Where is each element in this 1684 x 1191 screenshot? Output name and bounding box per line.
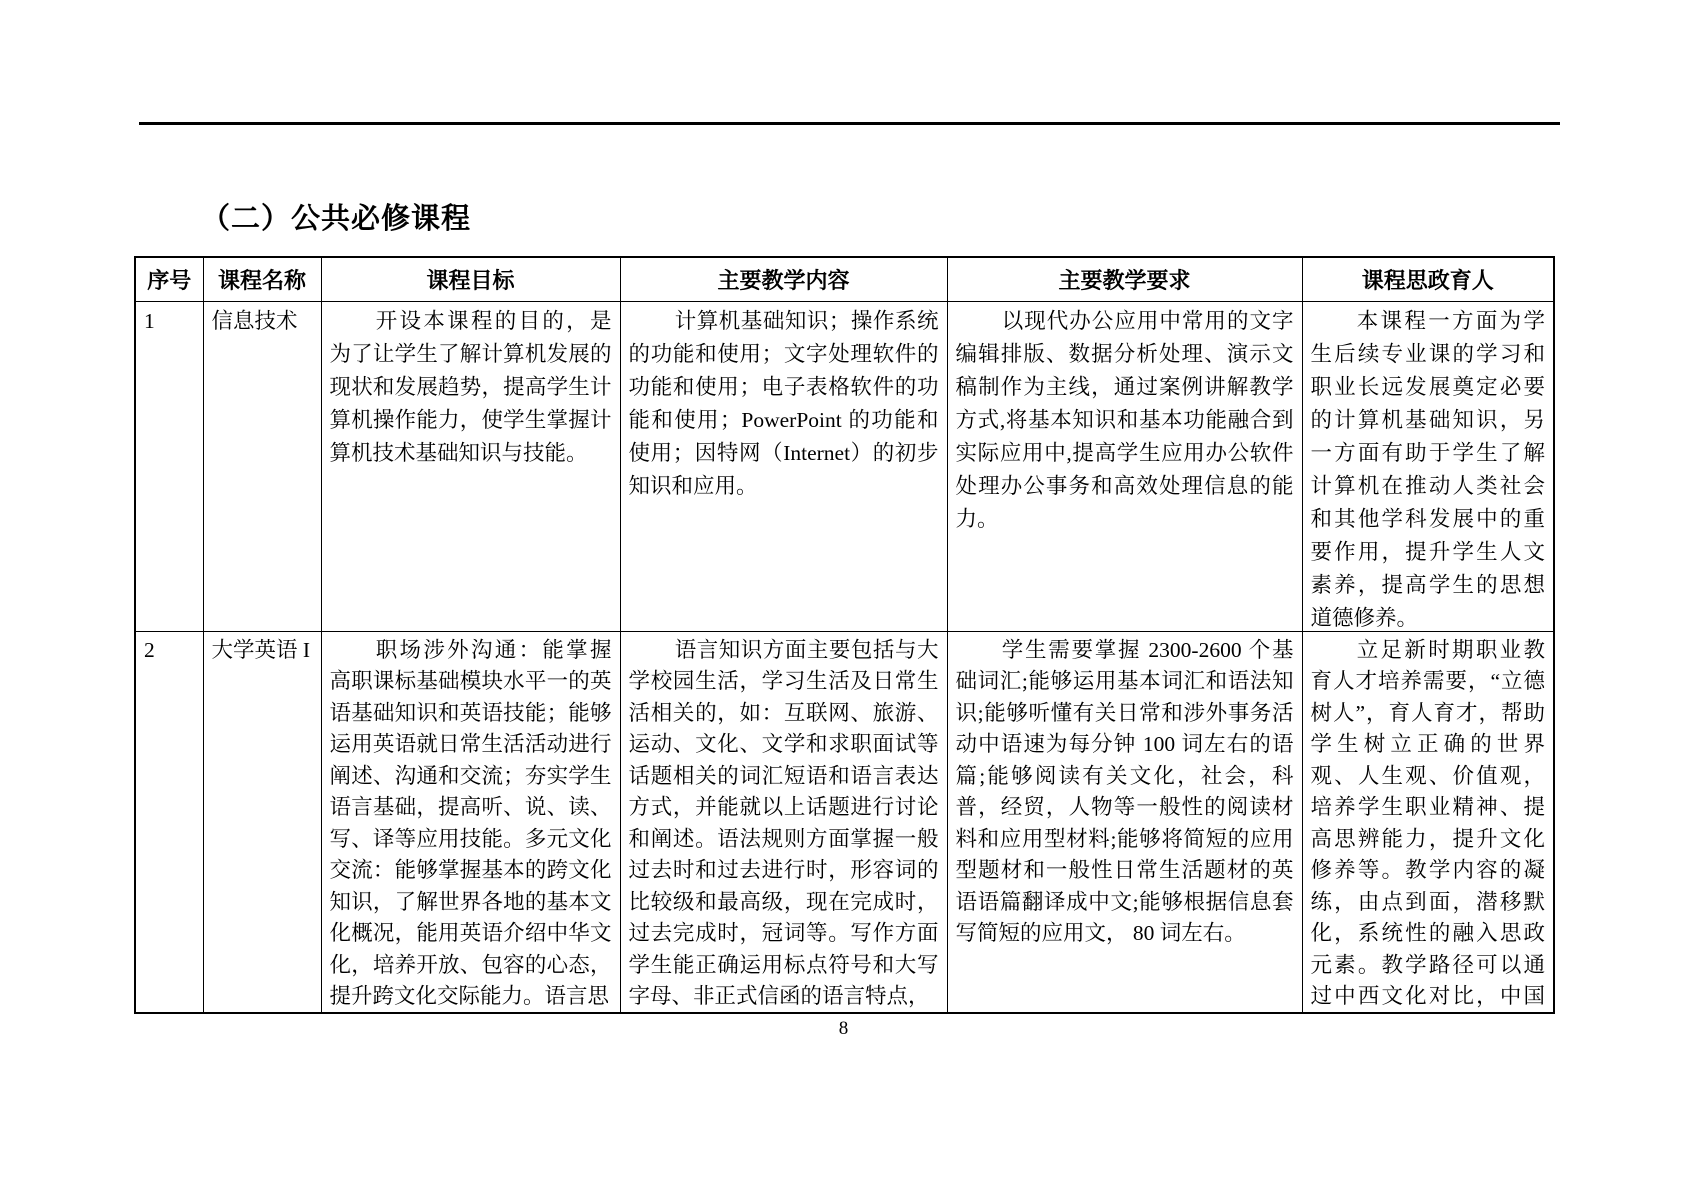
cell-course-objective: 职场涉外沟通：能掌握高职课标基础模块水平一的英语基础知识和英语技能；能够运用英语… [321, 631, 620, 1013]
col-header-course-name: 课程名称 [203, 257, 321, 301]
col-header-requirement: 主要教学要求 [947, 257, 1302, 301]
cell-teaching-requirement: 学生需要掌握 2300-2600 个基础词汇;能够运用基本词汇和语法知识;能够听… [947, 631, 1302, 1013]
page-number: 8 [134, 1018, 1553, 1040]
cell-course-objective: 开设本课程的目的，是为了让学生了解计算机发展的现状和发展趋势，提高学生计算机操作… [321, 301, 620, 631]
cell-course-name: 信息技术 [203, 301, 321, 631]
col-header-no: 序号 [135, 257, 203, 301]
section-title: （二）公共必修课程 [201, 196, 471, 237]
table-header-row: 序号 课程名称 课程目标 主要教学内容 主要教学要求 课程思政育人 [135, 257, 1554, 301]
col-header-objective: 课程目标 [321, 257, 620, 301]
table-row-information-technology: 1 信息技术 开设本课程的目的，是为了让学生了解计算机发展的现状和发展趋势，提高… [135, 301, 1554, 631]
col-header-content: 主要教学内容 [620, 257, 947, 301]
cell-course-name: 大学英语 I [203, 631, 321, 1013]
cell-ideology-education: 立足新时期职业教育人才培养需要，“立德树人”，育人育才，帮助学生树立正确的世界观… [1302, 631, 1554, 1013]
header-rule [139, 122, 1560, 125]
cell-teaching-content: 语言知识方面主要包括与大学校园生活，学习生活及日常生活相关的，如：互联网、旅游、… [620, 631, 947, 1013]
document-page: （二）公共必修课程 序号 课程名称 课程目标 主要教学内容 主要教学要求 课程思… [0, 0, 1684, 1191]
course-table: 序号 课程名称 课程目标 主要教学内容 主要教学要求 课程思政育人 1 信息技术… [134, 256, 1555, 1014]
cell-ideology-education: 本课程一方面为学生后续专业课的学习和职业长远发展奠定必要的计算机基础知识，另一方… [1302, 301, 1554, 631]
cell-row-number: 2 [135, 631, 203, 1013]
cell-teaching-requirement: 以现代办公应用中常用的文字编辑排版、数据分析处理、演示文稿制作为主线，通过案例讲… [947, 301, 1302, 631]
cell-teaching-content: 计算机基础知识；操作系统的功能和使用；文字处理软件的功能和使用；电子表格软件的功… [620, 301, 947, 631]
col-header-ideology: 课程思政育人 [1302, 257, 1554, 301]
table-row-college-english-1: 2 大学英语 I 职场涉外沟通：能掌握高职课标基础模块水平一的英语基础知识和英语… [135, 631, 1554, 1013]
cell-row-number: 1 [135, 301, 203, 631]
